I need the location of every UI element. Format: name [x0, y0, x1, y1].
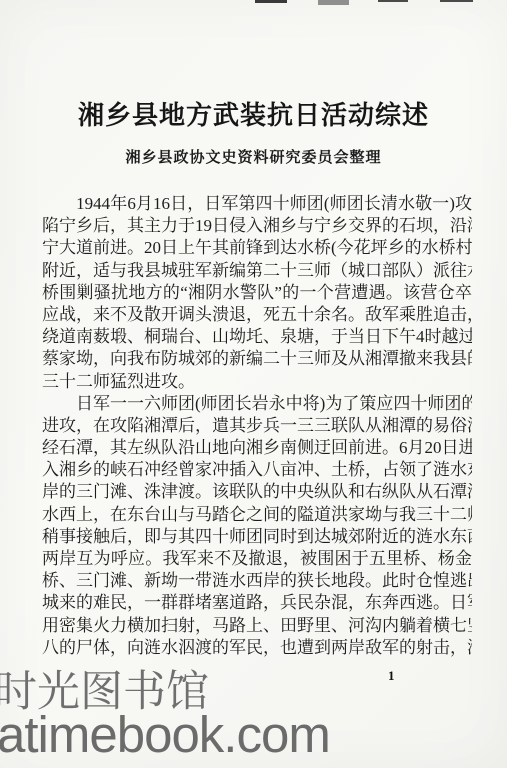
text-line: 入湘乡的峡石冲经曾家冲插入八亩冲、土桥，占领了涟水东: [42, 459, 472, 481]
page-number: 1: [388, 668, 395, 684]
watermark-site-url: atimebook.com: [0, 705, 330, 764]
text-line: 宁大道前进。20日上午其前锋到达水桥(今花坪乡的水桥村): [42, 237, 472, 259]
text-line: 用密集火力横加扫射，马路上、田野里、河沟内躺着横七竖: [42, 615, 472, 637]
text-line: 绕道南薮塅、桐瑞台、山坳圫、泉塘，于当日下午4时越过: [42, 326, 472, 348]
scan-artifact: [378, 0, 408, 2]
text-line: 1944年6月16日，日军第四十师团(师团长清水敬一)攻: [42, 193, 472, 215]
text-line: 蔡家坳，向我布防城郊的新编二十三师及从湘潭撤来我县的: [42, 348, 472, 370]
text-line: 陷宁乡后，其主力于19日侵入湘乡与宁乡交界的石坝，沿湘: [42, 215, 472, 237]
text-line: 八的尸体，向涟水泅渡的军民，也遭到两岸敌军的射击，淹: [42, 637, 472, 659]
text-line: 岸的三门滩、洙津渡。该联队的中央纵队和右纵队从石潭沿涟: [42, 481, 472, 503]
text-line: 桥、三门滩、新坳一带涟水西岸的狭长地段。此时仓惶逃出: [42, 570, 472, 592]
text-line: 附近，适与我县城驻军新编第二十三师（城口部队）派往水: [42, 260, 472, 282]
text-line: 日军一一六师团(师团长岩永中将)为了策应四十师团的: [42, 393, 472, 415]
document-title: 湘乡县地方武装抗日活动综述: [0, 95, 507, 132]
text-line: 经石潭，其左纵队沿山地向湘乡南侧迂回前进。6月20日进: [42, 437, 472, 459]
text-line: 水西上，在东台山与马踏仑之间的隘道洪家坳与我三十二师: [42, 504, 472, 526]
scanned-document-page: 湘乡县地方武装抗日活动综述 湘乡县政协文史资料研究委员会整理 1944年6月16…: [0, 0, 507, 768]
text-line: 三十二师猛烈进攻。: [42, 371, 472, 393]
scan-artifact: [255, 0, 287, 3]
document-subtitle: 湘乡县政协文史资料研究委员会整理: [0, 146, 507, 167]
scan-artifact: [318, 0, 349, 5]
text-line: 进攻，在攻陷湘潭后，遣其步兵一三三联队从湘潭的易俗河: [42, 415, 472, 437]
text-line: 桥围剿骚扰地方的“湘阴水警队”的一个营遭遇。该营仓卒: [42, 282, 472, 304]
scan-artifact: [440, 0, 473, 2]
document-body: 1944年6月16日，日军第四十师团(师团长清水敬一)攻陷宁乡后，其主力于19日…: [42, 193, 472, 659]
text-line: 稍事接触后，即与其四十师团同时到达城郊附近的涟水东西: [42, 526, 472, 548]
text-line: 应战，来不及散开调头溃退，死五十余名。敌军乘胜追击，: [42, 304, 472, 326]
text-line: 两岸互为呼应。我军来不及撤退，被围困于五里桥、杨金: [42, 548, 472, 570]
text-line: 城来的难民，一群群堵塞道路，兵民杂混，东奔西逃。日军: [42, 592, 472, 614]
